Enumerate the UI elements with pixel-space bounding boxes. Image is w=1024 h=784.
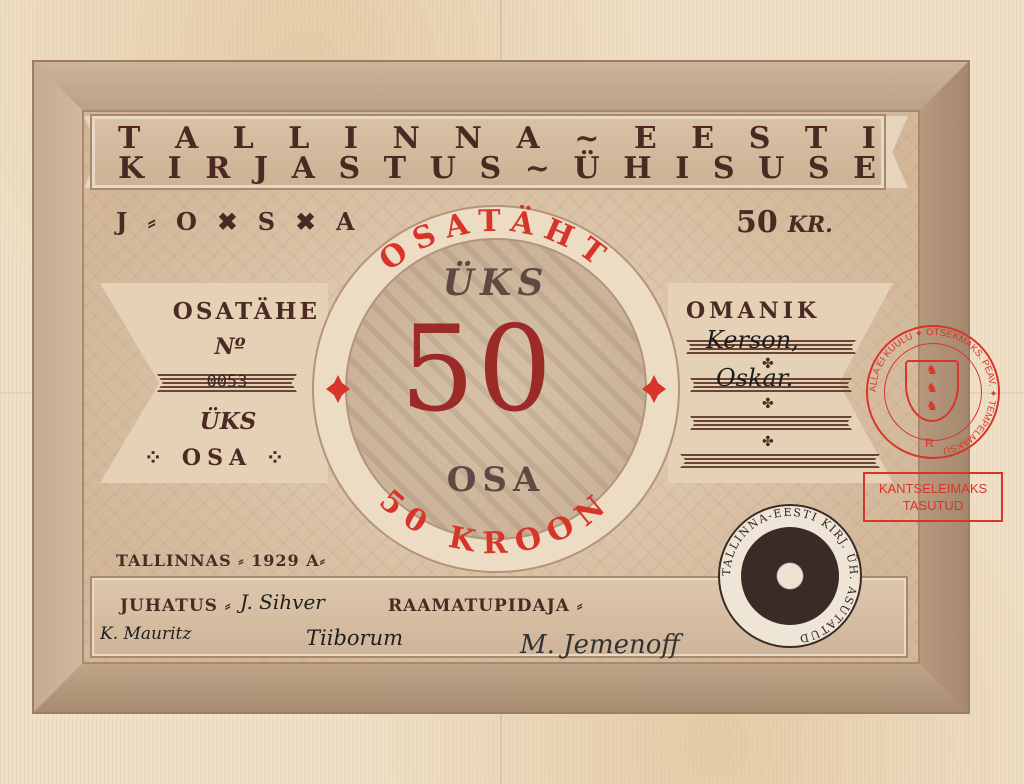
signature-accountant: M. Jemenoff [520, 630, 680, 660]
title-separator: ~ [574, 124, 601, 154]
title-letter: E [853, 154, 878, 184]
three-lions-icon: ♞♞♞ [905, 362, 959, 416]
medallion-bottom-word: OSA [386, 460, 606, 500]
title-letter: I [862, 124, 878, 154]
accountant-label: RAAMATUPIDAJA ⸗ [388, 596, 584, 616]
medallion-value: 50 [400, 310, 554, 428]
title-letter: U [430, 154, 458, 184]
signature-board-2: K. Mauritz [100, 624, 191, 644]
title-letter: K [118, 154, 146, 184]
frame-bevel-left [34, 62, 82, 712]
title-letter: R [205, 154, 232, 184]
quantity-word: ÜKS [178, 408, 278, 435]
title-letter: I [675, 154, 691, 184]
title-letter: I [344, 124, 360, 154]
title-letter: A [175, 124, 200, 154]
title-letter: N [393, 124, 422, 154]
medallion-top-word: ÜKS [386, 262, 606, 304]
owner-heading: OMANIK [686, 298, 820, 324]
title-letter: S [713, 154, 737, 184]
owner-line-4 [680, 454, 880, 468]
title-letter: H [623, 154, 653, 184]
title-letter: A [516, 124, 541, 154]
title-line-2: K I R J A S T U S ~ Ü H I S U S E [118, 154, 878, 184]
title-line-1: T A L L I N N A ~ E E S T I [118, 124, 878, 154]
title-letter: T [805, 124, 829, 154]
denomination-unit: KR. [788, 212, 833, 238]
title-letter: I [168, 154, 184, 184]
title-letter: E [691, 124, 716, 154]
board-label: JUHATUS ⸗ [120, 596, 232, 616]
owner-line-3 [690, 416, 852, 430]
place-and-date: TALLINNAS ⸗ 1929 A⸗ [116, 551, 326, 571]
denomination-value: 50 [736, 205, 778, 240]
tax-stamp-letter: R [925, 436, 934, 450]
title-letter: N [454, 124, 483, 154]
company-seal-ring-text: TALLINNA-EESTI KIRJ. ÜH. ASUTATUD [718, 504, 862, 648]
title-letter: S [749, 124, 773, 154]
title-letter: S [339, 154, 363, 184]
owner-given-name: Oskar. [716, 364, 793, 392]
denomination: 50KR. [736, 205, 833, 240]
signature-board-1: J. Sihver [240, 590, 325, 614]
title-letter: J [254, 154, 270, 184]
title-letter: S [479, 154, 503, 184]
tax-stamp-line-1: KANTSELEIMAKS [879, 480, 987, 497]
title-letter: L [288, 124, 311, 154]
title-letter: A [292, 154, 317, 184]
frame-bevel-top [34, 62, 968, 110]
title-letter: T [384, 154, 408, 184]
title-letter: U [758, 154, 786, 184]
title-separator: ~ [525, 154, 552, 184]
owner-surname: Kerson, [706, 326, 799, 354]
signature-board-3: Tiiborum [306, 626, 403, 650]
number-label: Nº [190, 334, 270, 360]
title-letter: S [808, 154, 832, 184]
frame-bevel-bottom [34, 664, 968, 712]
title-letter: L [233, 124, 256, 154]
serial-number: 0053 [157, 372, 297, 392]
title-letter: E [634, 124, 659, 154]
svg-text:TALLINNA-EESTI KIRJ. ÜH. ASUTA: TALLINNA-EESTI KIRJ. ÜH. ASUTATUD [720, 506, 860, 646]
trefoil-ornament-icon: ✤ [762, 434, 774, 450]
trefoil-ornament-icon: ✤ [762, 396, 774, 412]
share-certificate-heading: OSATÄHE [120, 298, 320, 325]
title-letter: Ü [573, 154, 601, 184]
quantity-unit: ⁘ OSA ⁘ [142, 445, 292, 471]
title-letter: T [118, 124, 142, 154]
tax-stamp-rectangular: KANTSELEIMAKS TASUTUD [863, 472, 1003, 522]
tax-stamp-line-2: TASUTUD [903, 497, 963, 514]
